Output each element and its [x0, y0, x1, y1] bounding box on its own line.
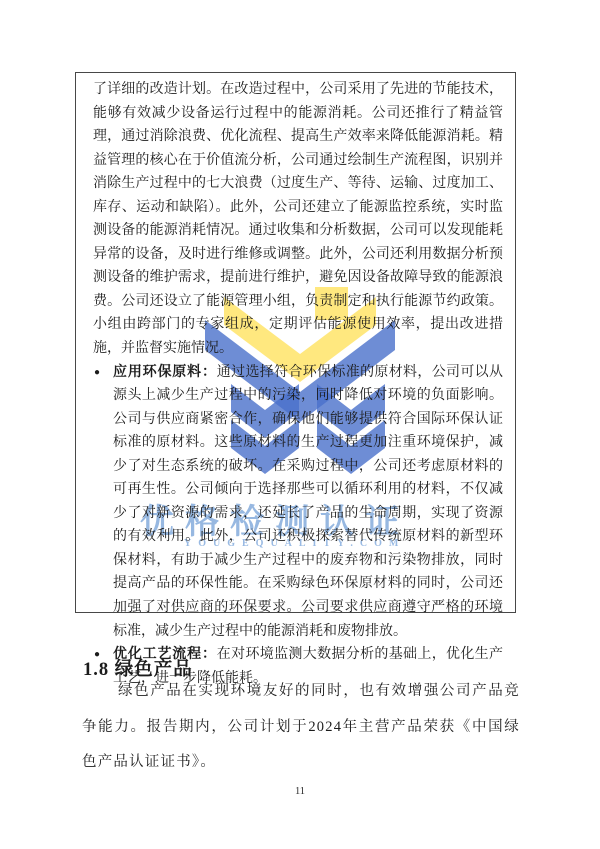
bullet-item-eco-materials: ● 应用环保原料：通过选择符合环保标准的原材料，公司可以从源头上减少生产过程中的…	[93, 361, 503, 644]
page-content: 了详细的改造计划。在改造过程中，公司采用了先进的节能技术，能够有效减少设备运行过…	[0, 0, 600, 849]
green-products-paragraph: 绿色产品在实现环境友好的同时，也有效增强公司产品竞争能力。报告期内，公司计划于2…	[82, 674, 520, 781]
bullet-label: 应用环保原料：	[113, 365, 217, 380]
bullet-text: 通过选择符合环保标准的原材料，公司可以从源头上减少生产过程中的污染，同时降低对环…	[113, 365, 503, 639]
energy-management-paragraph: 了详细的改造计划。在改造过程中，公司采用了先进的节能技术，能够有效减少设备运行过…	[93, 78, 503, 361]
bullet-dot-icon: ●	[94, 361, 100, 385]
document-page: 优格检测认证 YOUGEQUALITY.COM 了详细的改造计划。在改造过程中，…	[0, 0, 600, 849]
page-number: 11	[0, 786, 600, 797]
bordered-text-box: 了详细的改造计划。在改造过程中，公司采用了先进的节能技术，能够有效减少设备运行过…	[75, 72, 516, 613]
